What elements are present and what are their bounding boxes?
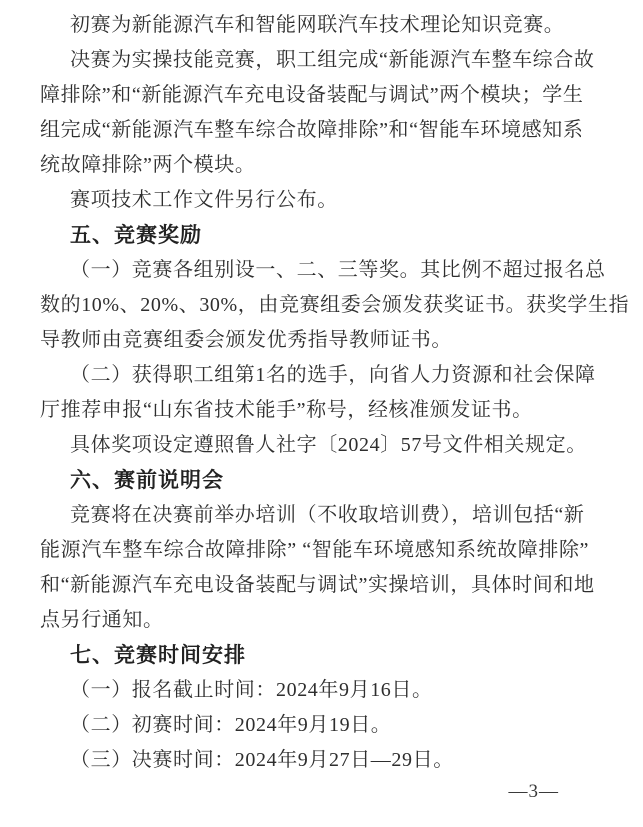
paragraph-line: 和“新能源汽车充电设备装配与调试”实操培训，具体时间和地: [40, 568, 607, 603]
paragraph-line: 竞赛将在决赛前举办培训（不收取培训费），培训包括“新: [40, 498, 607, 533]
section-heading-schedule: 七、竞赛时间安排: [40, 638, 607, 673]
document-body: 初赛为新能源汽车和智能网联汽车技术理论知识竞赛。 决赛为实操技能竞赛，职工组完成…: [0, 0, 643, 778]
section-heading-briefing: 六、赛前说明会: [40, 463, 607, 498]
paragraph-line: 组完成“新能源汽车整车综合故障排除”和“智能车环境感知系: [40, 113, 607, 148]
paragraph-line: 初赛为新能源汽车和智能网联汽车技术理论知识竞赛。: [40, 8, 607, 43]
paragraph-line-final-date: （三）决赛时间：2024年9月27日—29日。: [40, 743, 607, 778]
section-heading-awards: 五、竞赛奖励: [40, 218, 607, 253]
paragraph-line: 导教师由竞赛组委会颁发优秀指导教师证书。: [40, 323, 607, 358]
paragraph-line: 厅推荐申报“山东省技术能手”称号，经核准颁发证书。: [40, 393, 607, 428]
paragraph-line: 点另行通知。: [40, 603, 607, 638]
paragraph-line-preliminary-date: （二）初赛时间：2024年9月19日。: [40, 708, 607, 743]
paragraph-line: （二）获得职工组第1名的选手，向省人力资源和社会保障: [40, 358, 607, 393]
paragraph-line-registration-deadline: （一）报名截止时间：2024年9月16日。: [40, 673, 607, 708]
paragraph-line: （一）竞赛各组别设一、二、三等奖。其比例不超过报名总: [40, 253, 607, 288]
document-page: 初赛为新能源汽车和智能网联汽车技术理论知识竞赛。 决赛为实操技能竞赛，职工组完成…: [0, 0, 643, 827]
paragraph-line: 具体奖项设定遵照鲁人社字〔2024〕57号文件相关规定。: [40, 428, 607, 463]
paragraph-line: 赛项技术工作文件另行公布。: [40, 183, 607, 218]
paragraph-line: 障排除”和“新能源汽车充电设备装配与调试”两个模块；学生: [40, 78, 607, 113]
page-number: —3—: [509, 781, 560, 803]
paragraph-line: 统故障排除”两个模块。: [40, 148, 607, 183]
paragraph-line: 决赛为实操技能竞赛，职工组完成“新能源汽车整车综合故: [40, 43, 607, 78]
paragraph-line: 数的10%、20%、30%，由竞赛组委会颁发获奖证书。获奖学生指: [40, 288, 607, 323]
paragraph-line: 能源汽车整车综合故障排除” “智能车环境感知系统故障排除”: [40, 533, 607, 568]
